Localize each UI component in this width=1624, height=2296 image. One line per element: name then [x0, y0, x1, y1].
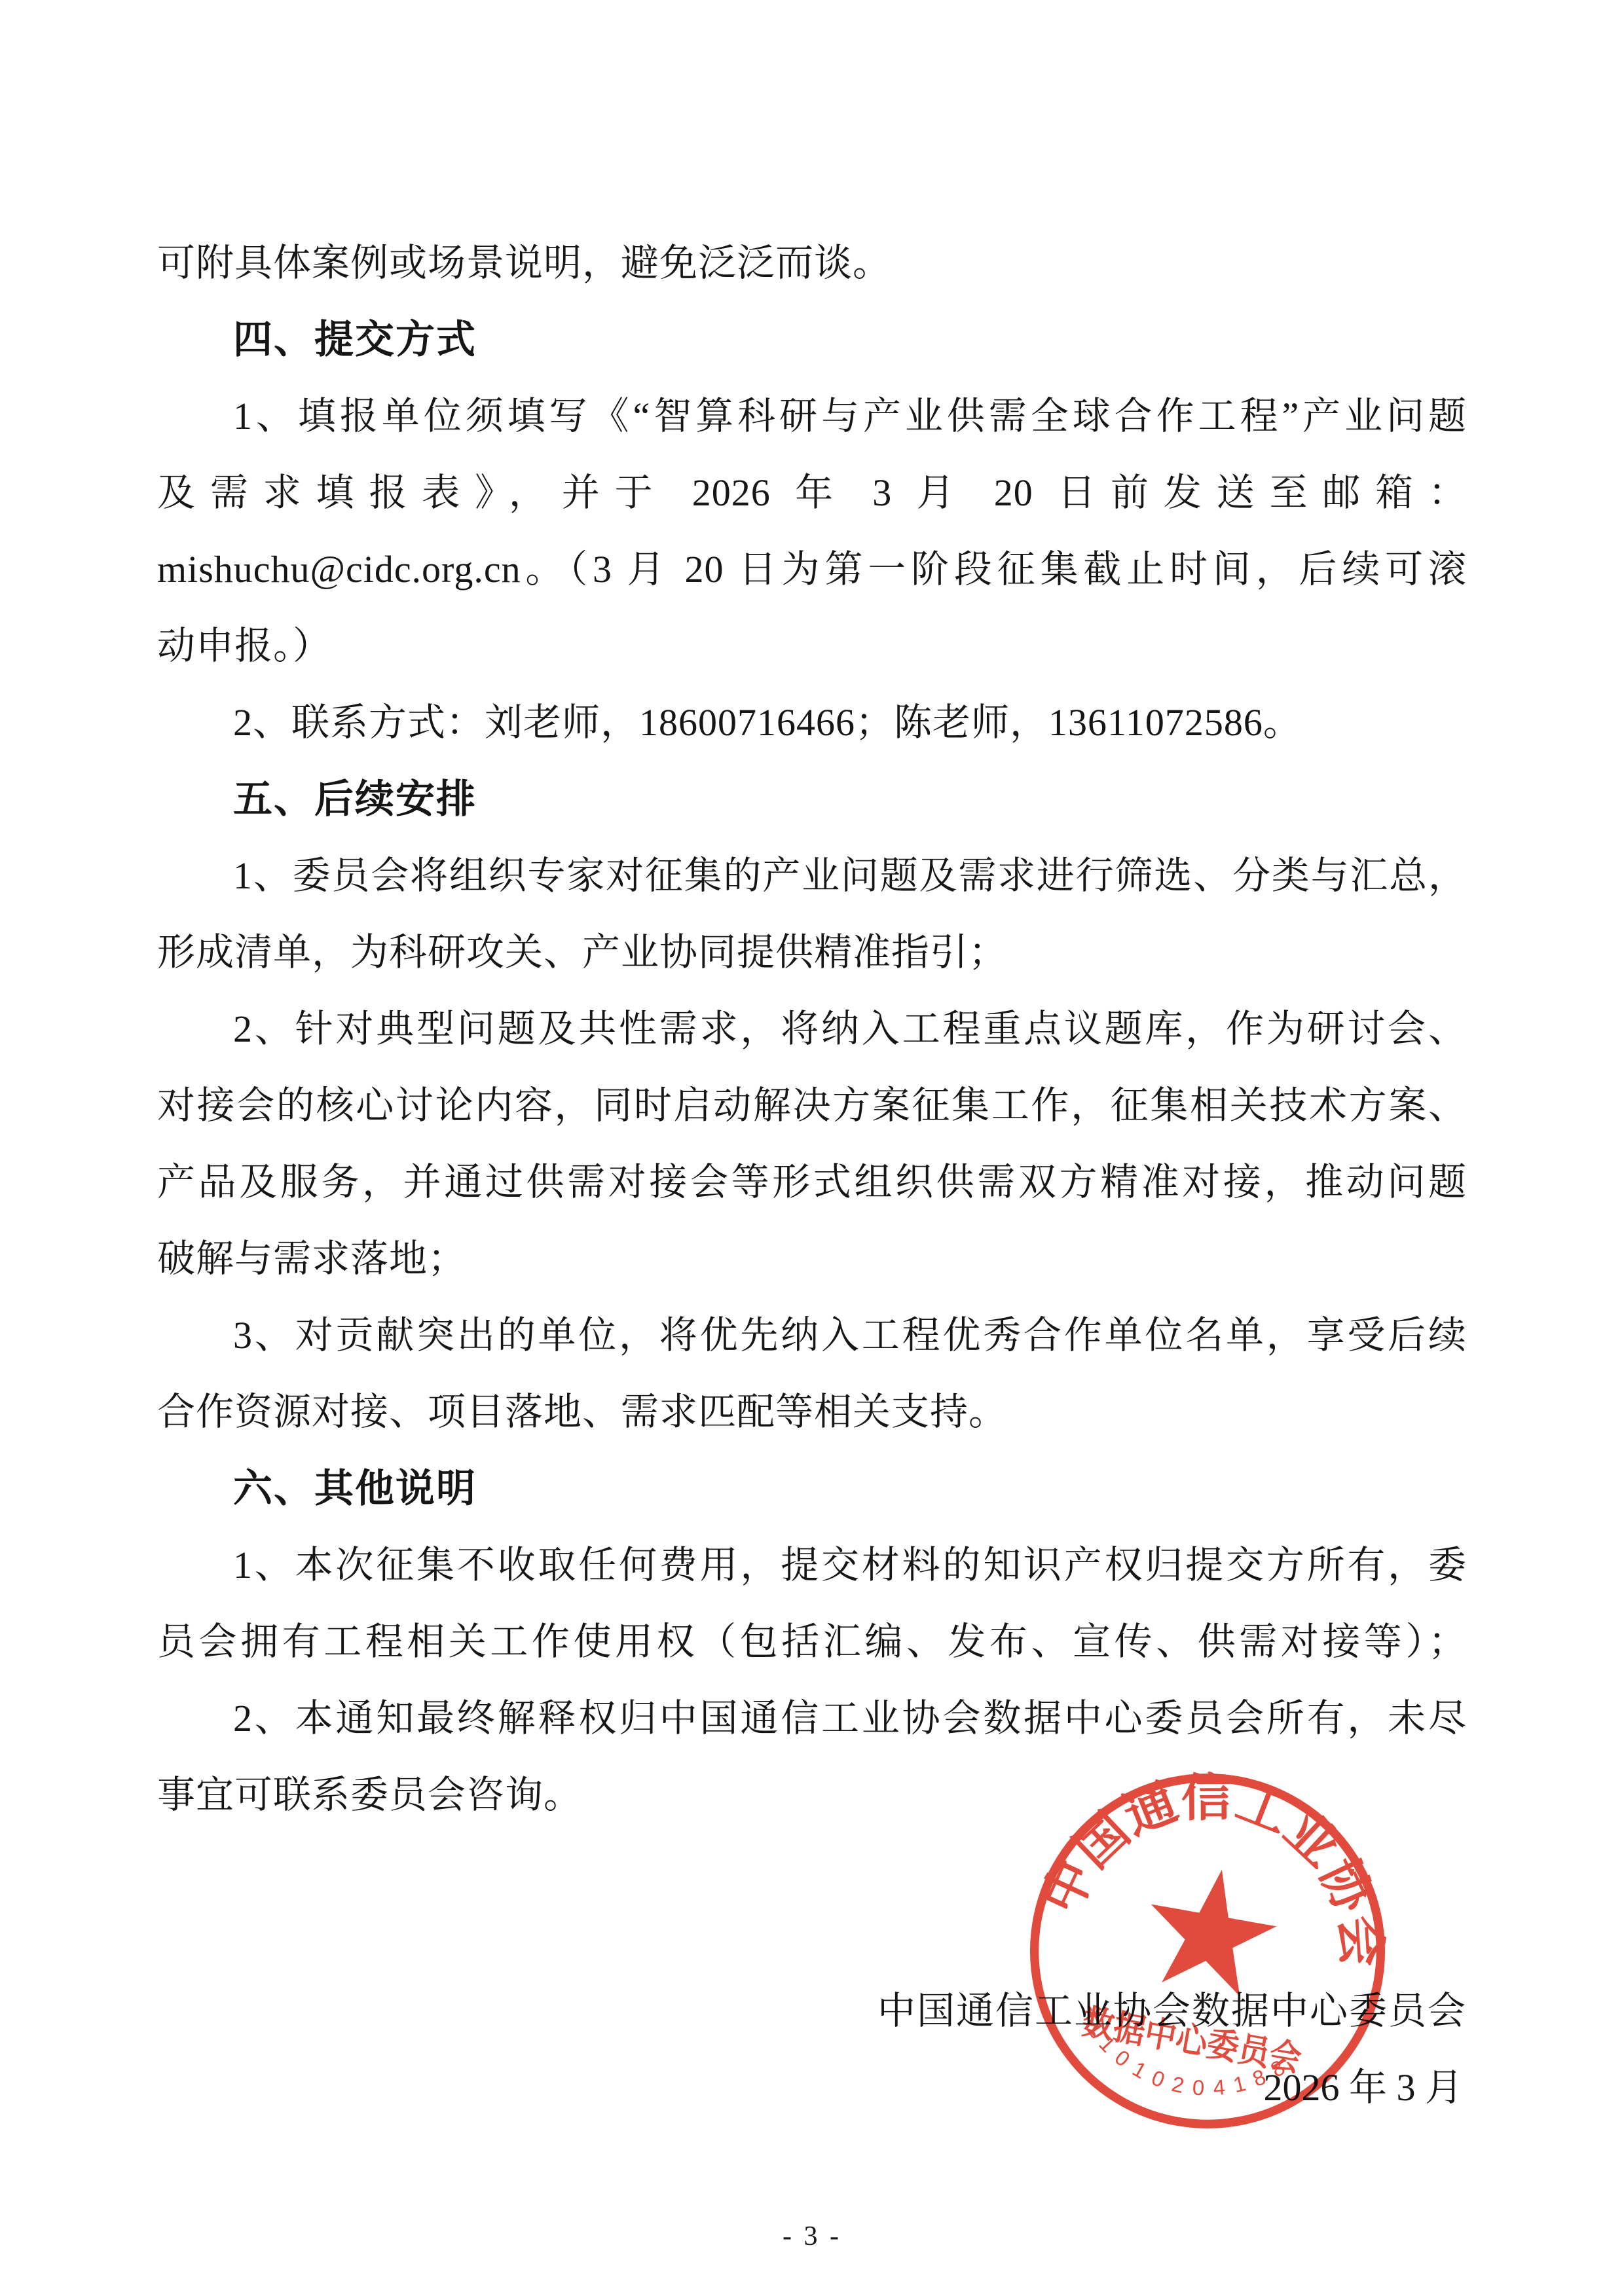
- text-line: 2、本通知最终解释权归中国通信工业协会数据中心委员会所有，未尽: [157, 1680, 1467, 1757]
- text-line: 及需求填报表》，并于 2026 年 3 月 20 日前发送至邮箱：: [157, 454, 1467, 531]
- text-line: 1、委员会将组织专家对征集的产业问题及需求进行筛选、分类与汇总，: [157, 837, 1467, 914]
- text-line: 1、本次征集不收取任何费用，提交材料的知识产权归提交方所有，委: [157, 1527, 1467, 1603]
- page-number: - 3 -: [0, 2221, 1624, 2252]
- text-line: 事宜可联系委员会咨询。: [157, 1757, 1467, 1833]
- text-line: 3、对贡献突出的单位，将优先纳入工程优秀合作单位名单，享受后续: [157, 1297, 1467, 1374]
- text-line: 合作资源对接、项目落地、需求匹配等相关支持。: [157, 1374, 1467, 1450]
- text-line: 2、针对典型问题及共性需求，将纳入工程重点议题库，作为研讨会、: [157, 991, 1467, 1067]
- text-line: 形成清单，为科研攻关、产业协同提供精准指引；: [157, 914, 1467, 991]
- document-page: 可附具体案例或场景说明，避免泛泛而谈。四、提交方式1、填报单位须填写《“智算科研…: [0, 0, 1624, 2296]
- text-line: 员会拥有工程相关工作使用权（包括汇编、发布、宣传、供需对接等）；: [157, 1603, 1467, 1680]
- text-line: 产品及服务，并通过供需对接会等形式组织供需双方精准对接，推动问题: [157, 1144, 1467, 1220]
- signature-organization: 中国通信工业协会数据中心委员会: [157, 1973, 1467, 2049]
- section-heading: 五、后续安排: [157, 761, 1467, 837]
- text-line: 动申报。）: [157, 608, 1467, 684]
- signature-block: 中国通信工业协会数据中心委员会 2026 年 3 月: [157, 1973, 1467, 2126]
- text-line: 对接会的核心讨论内容，同时启动解决方案征集工作，征集相关技术方案、: [157, 1067, 1467, 1144]
- document-body: 可附具体案例或场景说明，避免泛泛而谈。四、提交方式1、填报单位须填写《“智算科研…: [157, 225, 1467, 1833]
- section-heading: 六、其他说明: [157, 1450, 1467, 1527]
- text-line: 2、联系方式：刘老师，18600716466；陈老师，13611072586。: [157, 684, 1467, 761]
- text-line: 可附具体案例或场景说明，避免泛泛而谈。: [157, 225, 1467, 301]
- text-line: mishuchu@cidc.org.cn。（3 月 20 日为第一阶段征集截止时…: [157, 531, 1467, 608]
- section-heading: 四、提交方式: [157, 301, 1467, 378]
- signature-date: 2026 年 3 月: [157, 2049, 1467, 2126]
- text-line: 1、填报单位须填写《“智算科研与产业供需全球合作工程”产业问题: [157, 378, 1467, 454]
- text-line: 破解与需求落地；: [157, 1220, 1467, 1297]
